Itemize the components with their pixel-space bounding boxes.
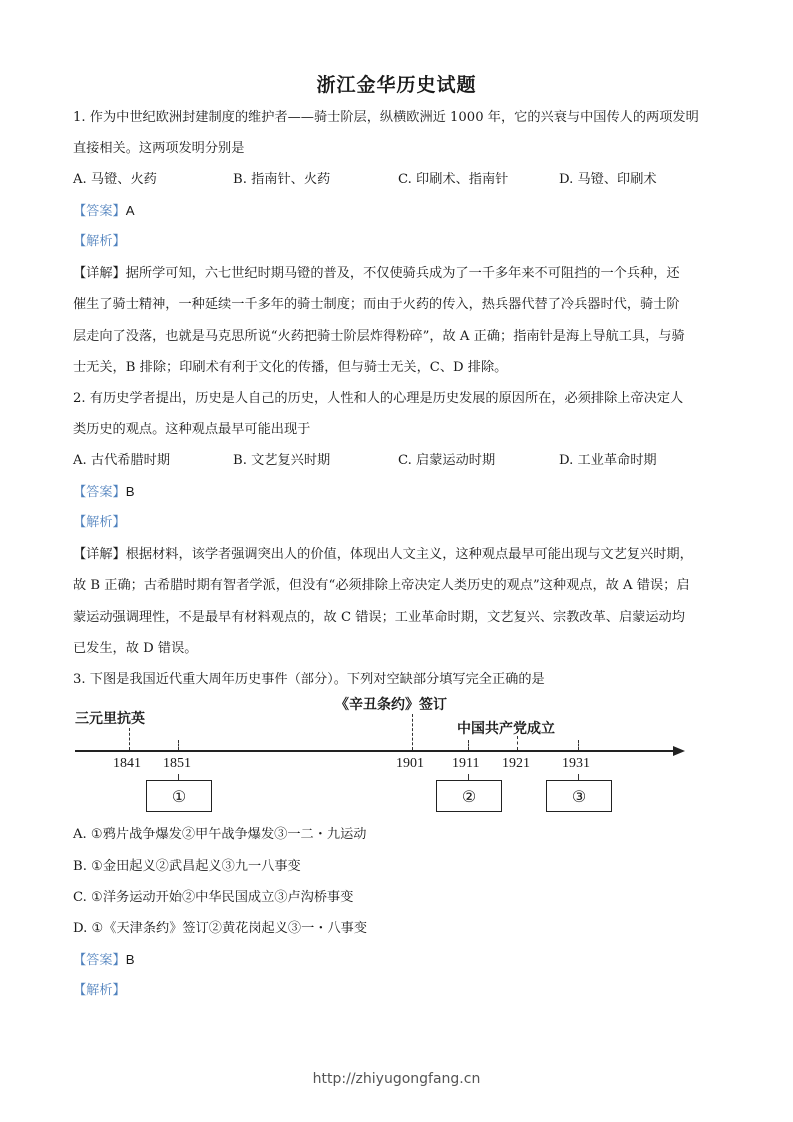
q2-answer: 【答案】B: [73, 482, 135, 503]
q1-detail-line: 层走向了没落，也就是马克思所说“火药把骑士阶层炸得粉碎”，故 A 正确；指南针是…: [73, 327, 685, 347]
q1-answer: 【答案】A: [73, 201, 135, 222]
q1-option-a: A. 马镫、火药: [73, 170, 157, 190]
blank-box-2: ②: [436, 780, 502, 812]
q2-option-c: C. 启蒙运动时期: [398, 451, 495, 471]
timeline-figure: 三元里抗英 《辛丑条约》签订 中国共产党成立 1841 1851 1901 19…: [75, 694, 695, 820]
q3-answer: 【答案】B: [73, 950, 135, 971]
q1-detail-line: 催生了骑士精神，一种延续一千多年的骑士制度；而由于火药的传入，热兵器代替了冷兵器…: [73, 295, 680, 315]
q3-analysis-tag: 【解析】: [73, 981, 126, 1001]
tick-1911: [468, 740, 469, 750]
tick-1841: [129, 728, 130, 750]
q1-option-b: B. 指南针、火药: [233, 170, 330, 190]
year-label: 1841: [113, 756, 141, 772]
q3-stem: 3. 下图是我国近代重大周年历史事件（部分）。下列对空缺部分填写完全正确的是: [73, 670, 545, 690]
timeline-axis: [75, 750, 675, 752]
q3-option-b: B. ①金田起义②武昌起义③九一八事变: [73, 857, 301, 877]
q2-detail-line: 已发生，故 D 错误。: [73, 639, 197, 659]
q1-option-d: D. 马镫、印刷术: [559, 170, 657, 190]
year-label: 1911: [452, 756, 479, 772]
q2-option-b: B. 文艺复兴时期: [233, 451, 330, 471]
q2-detail-line: 故 B 正确；古希腊时期有智者学派，但没有“必须排除上帝决定人类历史的观点”这种…: [73, 576, 690, 596]
answer-value: B: [126, 952, 135, 967]
q2-option-a: A. 古代希腊时期: [73, 451, 170, 471]
event-xinchou-treaty: 《辛丑条约》签订: [335, 694, 447, 714]
event-sanyuanli: 三元里抗英: [75, 708, 145, 728]
answer-value: A: [126, 203, 135, 218]
answer-tag: 【答案】: [73, 485, 126, 500]
tick-1851: [178, 740, 179, 750]
tick-1931: [578, 740, 579, 750]
year-label: 1851: [163, 756, 191, 772]
q1-detail-line: 【详解】据所学可知，六七世纪时期马镫的普及，不仅使骑兵成为了一千多年来不可阻挡的…: [73, 264, 680, 284]
q3-option-c: C. ①洋务运动开始②中华民国成立③卢沟桥事变: [73, 888, 353, 908]
q2-detail-line: 【详解】根据材料，该学者强调突出人的价值，体现出人文主义，这种观点最早可能出现与…: [73, 545, 693, 565]
answer-tag: 【答案】: [73, 204, 126, 219]
q2-detail-line: 蒙运动强调理性，不是最早有材料观点的，故 C 错误；工业革命时期，文艺复兴、宗教…: [73, 608, 685, 628]
event-cpc-founded: 中国共产党成立: [457, 718, 555, 738]
tick-1921: [517, 736, 518, 750]
tick-1901: [412, 714, 413, 750]
q1-analysis-tag: 【解析】: [73, 232, 126, 252]
year-label: 1931: [562, 756, 590, 772]
year-label: 1921: [502, 756, 530, 772]
blank-box-3: ③: [546, 780, 612, 812]
q1-stem-line1: 1. 作为中世纪欧洲封建制度的维护者——骑士阶层，纵横欧洲近 1000 年，它的…: [73, 108, 699, 128]
q2-stem-line1: 2. 有历史学者提出，历史是人自己的历史，人性和人的心理是历史发展的原因所在，必…: [73, 389, 683, 409]
q1-detail-line: 士无关，B 排除；印刷术有利于文化的传播，但与骑士无关，C、D 排除。: [73, 358, 507, 378]
footer-url[interactable]: http://zhiyugongfang.cn: [0, 1071, 793, 1087]
answer-tag: 【答案】: [73, 953, 126, 968]
year-label: 1901: [396, 756, 424, 772]
page-title: 浙江金华历史试题: [0, 70, 793, 97]
blank-box-1: ①: [146, 780, 212, 812]
q1-option-c: C. 印刷术、指南针: [398, 170, 508, 190]
q2-stem-line2: 类历史的观点。这种观点最早可能出现于: [73, 420, 310, 440]
q2-analysis-tag: 【解析】: [73, 513, 126, 533]
arrow-right-icon: [673, 746, 685, 756]
answer-value: B: [126, 484, 135, 499]
q3-option-d: D. ①《天津条约》签订②黄花岗起义③一・八事变: [73, 919, 367, 939]
q1-stem-line2: 直接相关。这两项发明分别是: [73, 139, 244, 159]
q2-option-d: D. 工业革命时期: [559, 451, 657, 471]
q3-option-a: A. ①鸦片战争爆发②甲午战争爆发③一二・九运动: [73, 825, 366, 845]
